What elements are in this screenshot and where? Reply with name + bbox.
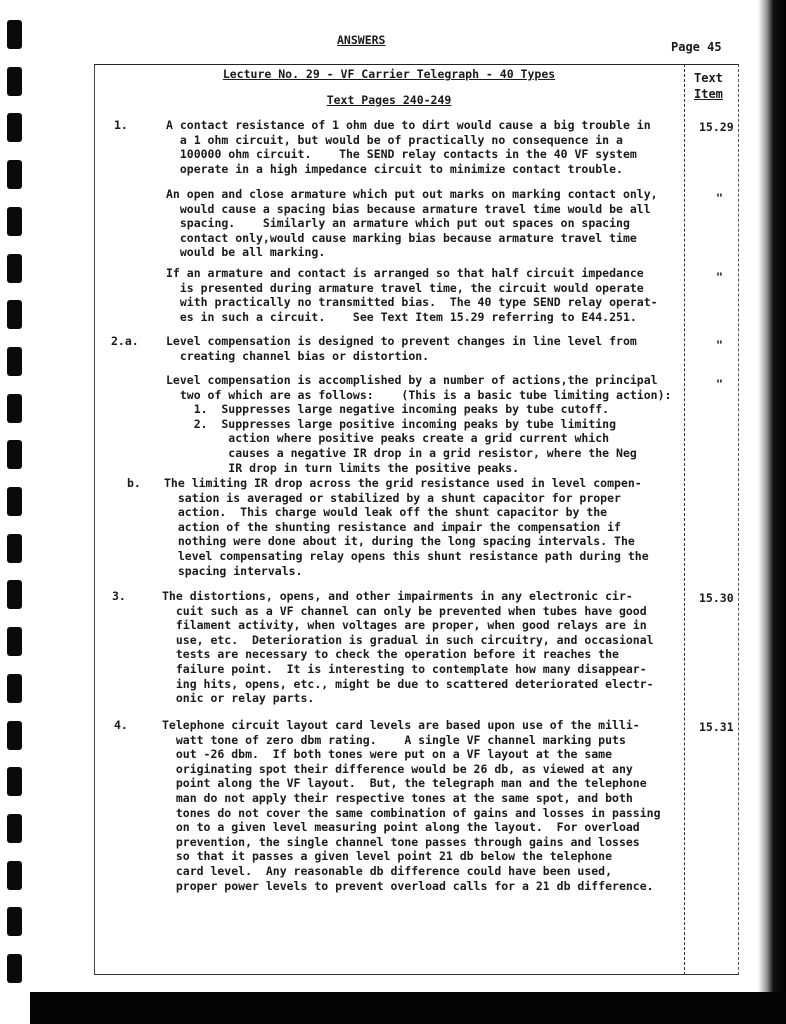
answer-number: b.	[127, 476, 141, 490]
binder-hole	[7, 207, 22, 236]
answer-paragraph: If an armature and contact is arranged s…	[166, 266, 658, 324]
binder-hole	[7, 534, 22, 563]
binder-hole	[7, 67, 22, 96]
text-pages: Text Pages 240-249	[94, 93, 684, 107]
binder-hole	[7, 674, 22, 703]
answer-paragraph: The distortions, opens, and other impair…	[162, 589, 654, 706]
binder-hole	[7, 907, 22, 936]
text-item-reference: 15.30	[699, 591, 734, 605]
text-item-reference: "	[716, 377, 723, 391]
lecture-title: Lecture No. 29 - VF Carrier Telegraph - …	[94, 67, 684, 81]
binder-hole	[7, 440, 22, 469]
item-column-heading: Text Item	[694, 70, 723, 102]
answer-paragraph: Telephone circuit layout card levels are…	[162, 718, 661, 893]
text-item-reference: "	[716, 191, 723, 205]
answer-paragraph: Level compensation is accomplished by a …	[166, 373, 671, 475]
binder-hole	[7, 861, 22, 890]
answer-number: 3.	[112, 589, 126, 603]
text-item-reference: "	[716, 270, 723, 284]
page-number: Page 45	[671, 40, 722, 54]
binder-hole	[7, 627, 22, 656]
text-item-reference: "	[716, 338, 723, 352]
page-header: ANSWERS Page 45	[0, 33, 786, 53]
binder-hole	[7, 113, 22, 142]
binder-hole	[7, 580, 22, 609]
binder-holes	[0, 0, 30, 1024]
item-column-divider	[684, 64, 685, 975]
binder-hole	[7, 394, 22, 423]
answer-number: 2.a.	[111, 334, 139, 348]
binder-hole	[7, 487, 22, 516]
scan-edge-shadow-bottom	[30, 992, 786, 1024]
answer-paragraph: Level compensation is designed to preven…	[166, 334, 637, 363]
answer-number: 1.	[114, 118, 128, 132]
binder-hole	[7, 254, 22, 283]
item-heading-line2: Item	[694, 86, 723, 102]
answer-paragraph: A contact resistance of 1 ohm due to dir…	[166, 118, 651, 176]
binder-hole	[7, 300, 22, 329]
answer-paragraph: The limiting IR drop across the grid res…	[164, 476, 649, 578]
binder-hole	[7, 347, 22, 376]
binder-hole	[7, 767, 22, 796]
item-heading-line1: Text	[694, 70, 723, 86]
binder-hole	[7, 954, 22, 983]
section-title: ANSWERS	[337, 33, 385, 47]
text-item-reference: 15.29	[699, 120, 734, 134]
answer-paragraph: An open and close armature which put out…	[166, 187, 658, 260]
text-item-reference: 15.31	[699, 720, 734, 734]
binder-hole	[7, 814, 22, 843]
binder-hole	[7, 160, 22, 189]
answer-number: 4.	[114, 718, 128, 732]
binder-hole	[7, 721, 22, 750]
scan-edge-shadow-right	[758, 0, 786, 1024]
